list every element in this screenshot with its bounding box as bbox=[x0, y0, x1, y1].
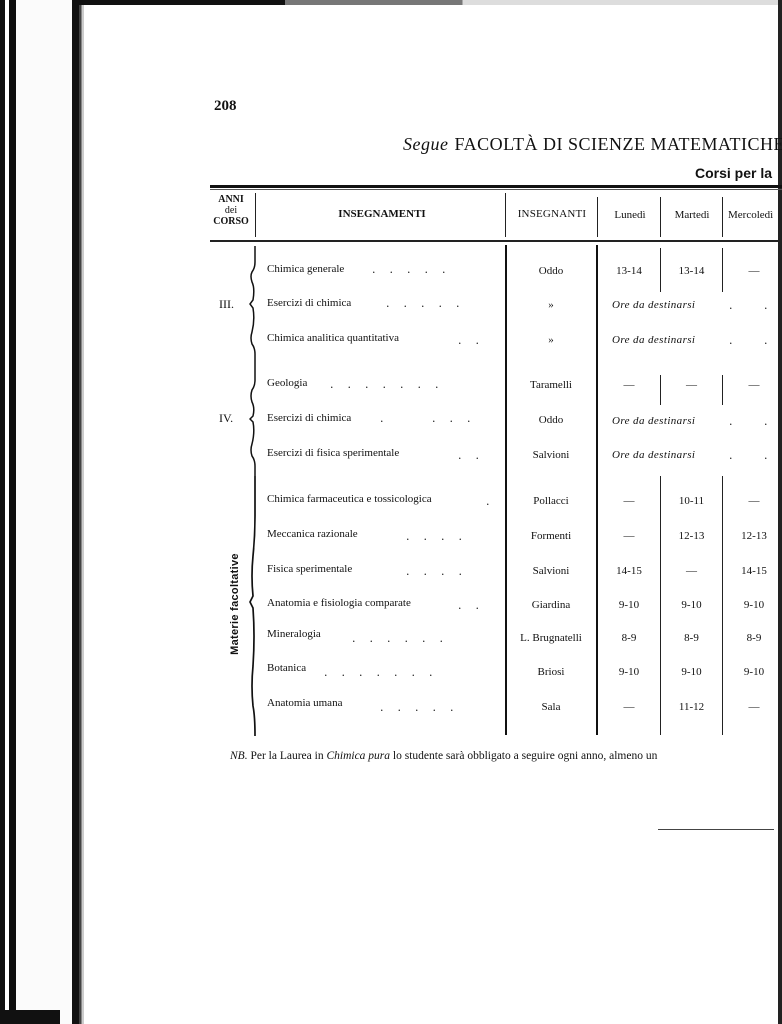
teacher-cell: Salvioni bbox=[507, 565, 595, 577]
subject-cell: Anatomia e fisiologia comparate bbox=[267, 597, 411, 609]
mercoledi-cell: 8-9 bbox=[724, 632, 782, 644]
martedi-cell: 10-11 bbox=[661, 495, 722, 507]
teacher-cell: » bbox=[507, 299, 595, 311]
lunedi-cell: — bbox=[598, 379, 660, 391]
mercoledi-cell: 9-10 bbox=[724, 599, 782, 611]
heading-prefix: Segue bbox=[403, 134, 448, 154]
binding-edge bbox=[72, 0, 84, 1024]
header-insegnanti: INSEGNANTI bbox=[508, 208, 596, 220]
subject-cell: Anatomia umana bbox=[267, 697, 342, 709]
schedule-span-cell: Ore da destinarsi bbox=[612, 299, 695, 311]
page-top-edge bbox=[72, 0, 782, 5]
header-anni-line: dei bbox=[208, 205, 254, 216]
footnote-emphasis: Chimica pura bbox=[326, 750, 390, 762]
lunedi-cell: 14-15 bbox=[598, 565, 660, 577]
martedi-cell: 13-14 bbox=[661, 265, 722, 277]
subject-cell: Esercizi di chimica bbox=[267, 297, 351, 309]
column-divider bbox=[722, 375, 723, 405]
column-divider bbox=[722, 476, 723, 735]
brace-group-iv bbox=[249, 366, 257, 476]
leader-dots: ..... bbox=[372, 263, 459, 276]
lunedi-cell: 8-9 bbox=[598, 632, 660, 644]
lunedi-cell: — bbox=[598, 701, 660, 713]
lunedi-cell: 9-10 bbox=[598, 599, 660, 611]
leader-dots: .... bbox=[406, 530, 476, 543]
column-divider bbox=[596, 245, 598, 735]
leader-dots: . . bbox=[729, 415, 782, 428]
subject-cell: Meccanica razionale bbox=[267, 528, 358, 540]
header-mercoledi: Mercoledì bbox=[724, 209, 782, 221]
mercoledi-cell: — bbox=[724, 495, 782, 507]
leader-dots: ... bbox=[432, 412, 485, 425]
mercoledi-cell: — bbox=[724, 379, 782, 391]
leader-dots: ..... bbox=[380, 701, 467, 714]
leader-dots: .. bbox=[458, 449, 493, 462]
binding-edge bbox=[0, 0, 5, 1024]
subject-cell: Fisica sperimentale bbox=[267, 563, 352, 575]
mercoledi-cell: 14-15 bbox=[724, 565, 782, 577]
year-label-facoltative: Materie facoltative bbox=[229, 544, 241, 664]
subject-cell: Geologia bbox=[267, 377, 307, 389]
teacher-cell: Sala bbox=[507, 701, 595, 713]
page-number: 208 bbox=[214, 98, 237, 115]
leader-dots: ...... bbox=[352, 632, 457, 645]
footnote-prefix: NB. bbox=[230, 750, 248, 762]
page-heading: SegueFACOLTÀ DI SCIENZE MATEMATICHE bbox=[403, 134, 782, 155]
leader-dots: ....... bbox=[330, 378, 452, 391]
brace-group-iii bbox=[249, 246, 257, 366]
subject-cell: Chimica analitica quantitativa bbox=[267, 332, 399, 344]
footnote: NB. Per la Laurea in Chimica pura lo stu… bbox=[230, 750, 657, 762]
year-label-iv: IV. bbox=[219, 411, 233, 426]
header-martedi: Martedì bbox=[662, 209, 722, 221]
teacher-cell: Taramelli bbox=[507, 379, 595, 391]
martedi-cell: — bbox=[661, 565, 722, 577]
martedi-cell: 9-10 bbox=[661, 599, 722, 611]
heading-title: FACOLTÀ DI SCIENZE MATEMATICHE bbox=[454, 134, 782, 154]
leader-dots: . . bbox=[729, 334, 782, 347]
end-rule bbox=[658, 829, 774, 830]
leader-dots: .. bbox=[458, 599, 493, 612]
schedule-span-cell: Ore da destinarsi bbox=[612, 449, 695, 461]
binding-gap bbox=[16, 0, 72, 1024]
binding-edge bbox=[0, 1010, 60, 1024]
column-divider bbox=[505, 245, 507, 735]
martedi-cell: 12-13 bbox=[661, 530, 722, 542]
subject-cell: Esercizi di fisica sperimentale bbox=[267, 447, 399, 459]
header-anni: ANNI dei CORSO bbox=[208, 194, 254, 227]
subject-cell: Mineralogia bbox=[267, 628, 321, 640]
table-top-rule bbox=[210, 185, 782, 188]
lunedi-cell: 9-10 bbox=[598, 666, 660, 678]
teacher-cell: Giardina bbox=[507, 599, 595, 611]
schedule-span-cell: Ore da destinarsi bbox=[612, 334, 695, 346]
footnote-text: lo studente sarà obbligato a seguire ogn… bbox=[390, 750, 657, 762]
mercoledi-cell: — bbox=[724, 265, 782, 277]
header-anni-line: ANNI bbox=[208, 194, 254, 205]
leader-dots: ..... bbox=[386, 297, 473, 310]
teacher-cell: Formenti bbox=[507, 530, 595, 542]
teacher-cell: Briosi bbox=[507, 666, 595, 678]
column-divider bbox=[660, 197, 661, 237]
table-header-rule bbox=[210, 240, 782, 242]
teacher-cell: Oddo bbox=[507, 265, 595, 277]
martedi-cell: 11-12 bbox=[661, 701, 722, 713]
subject-cell: Esercizi di chimica bbox=[267, 412, 351, 424]
column-divider bbox=[255, 193, 256, 237]
martedi-cell: 9-10 bbox=[661, 666, 722, 678]
martedi-cell: 8-9 bbox=[661, 632, 722, 644]
leader-dots: . . bbox=[729, 449, 782, 462]
column-divider bbox=[505, 193, 506, 237]
martedi-cell: — bbox=[661, 379, 722, 391]
lunedi-cell: 13-14 bbox=[598, 265, 660, 277]
header-anni-line: CORSO bbox=[208, 216, 254, 227]
brace-group-facoltative bbox=[249, 476, 257, 736]
teacher-cell: Salvioni bbox=[507, 449, 595, 461]
mercoledi-cell: 9-10 bbox=[724, 666, 782, 678]
leader-dots: . bbox=[380, 412, 398, 425]
lunedi-cell: — bbox=[598, 495, 660, 507]
header-lunedi: Lunedì bbox=[600, 209, 660, 221]
table-top-rule bbox=[210, 189, 782, 190]
mercoledi-cell: — bbox=[724, 701, 782, 713]
mercoledi-cell: 12-13 bbox=[724, 530, 782, 542]
leader-dots: . . bbox=[729, 299, 782, 312]
page-subheading: Corsi per la bbox=[695, 165, 772, 181]
column-divider bbox=[597, 197, 598, 237]
teacher-cell: » bbox=[507, 334, 595, 346]
schedule-span-cell: Ore da destinarsi bbox=[612, 415, 695, 427]
leader-dots: . bbox=[486, 495, 504, 508]
leader-dots: .... bbox=[406, 565, 476, 578]
subject-cell: Chimica generale bbox=[267, 263, 344, 275]
teacher-cell: Oddo bbox=[507, 414, 595, 426]
column-divider bbox=[722, 197, 723, 237]
teacher-cell: L. Brugnatelli bbox=[507, 632, 595, 644]
leader-dots: ....... bbox=[324, 666, 446, 679]
year-label-iii: III. bbox=[219, 297, 234, 312]
column-divider bbox=[722, 248, 723, 292]
subject-cell: Botanica bbox=[267, 662, 306, 674]
binding-edge bbox=[9, 0, 16, 1024]
leader-dots: .. bbox=[458, 334, 493, 347]
lunedi-cell: — bbox=[598, 530, 660, 542]
footnote-text: Per la Laurea in bbox=[248, 750, 327, 762]
subject-cell: Chimica farmaceutica e tossicologica bbox=[267, 493, 432, 505]
teacher-cell: Pollacci bbox=[507, 495, 595, 507]
header-insegnamenti: INSEGNAMENTI bbox=[258, 208, 506, 220]
